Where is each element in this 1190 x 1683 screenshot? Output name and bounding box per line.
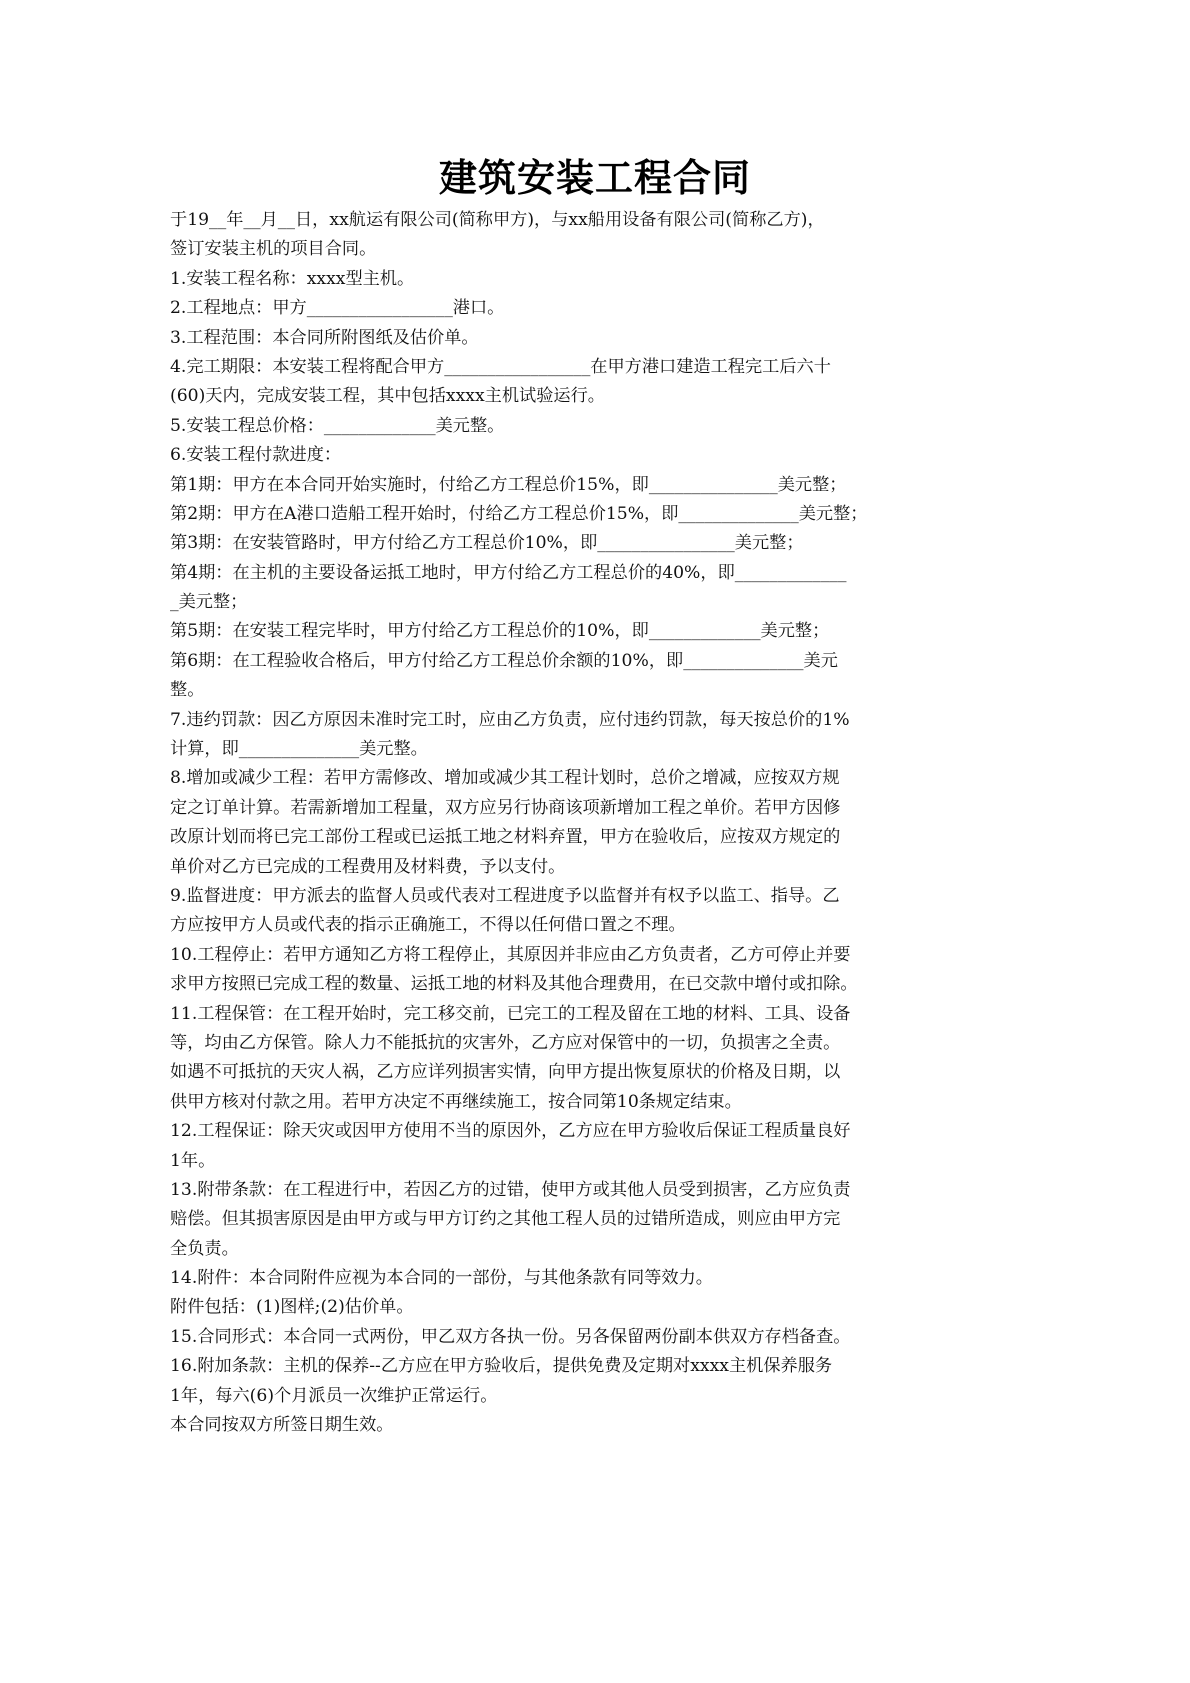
text-line: _美元整； — [170, 588, 1020, 617]
text-line: 等，均由乙方保管。除人力不能抵抗的灾害外，乙方应对保管中的一切，负损害之全责。 — [170, 1029, 1020, 1058]
text-line: 13.附带条款：在工程进行中，若因乙方的过错，使甲方或其他人员受到损害，乙方应负… — [170, 1176, 1020, 1205]
text-line: 第3期：在安装管路时，甲方付给乙方工程总价10%，即______________… — [170, 529, 1020, 558]
text-line: 6.安装工程付款进度： — [170, 441, 1020, 470]
text-line: 9.监督进度：甲方派去的监督人员或代表对工程进度予以监督并有权予以监工、指导。乙 — [170, 882, 1020, 911]
text-line: 如遇不可抵抗的天灾人祸，乙方应详列损害实情，向甲方提出恢复原状的价格及日期，以 — [170, 1058, 1020, 1087]
document-page: 建筑安装工程合同 于19__年__月__日，xx航运有限公司(简称甲方)，与xx… — [0, 0, 1190, 1683]
text-line: 改原计划而将已完工部份工程或已运抵工地之材料弃置，甲方在验收后，应按双方规定的 — [170, 823, 1020, 852]
text-line: 14.附件：本合同附件应视为本合同的一部份，与其他条款有同等效力。 — [170, 1264, 1020, 1293]
text-line: 整。 — [170, 676, 1020, 705]
text-line: 第5期：在安装工程完毕时，甲方付给乙方工程总价的10%，即___________… — [170, 617, 1020, 646]
document-body: 于19__年__月__日，xx航运有限公司(简称甲方)，与xx船用设备有限公司(… — [170, 206, 1020, 1440]
text-line: (60)天内，完成安装工程，其中包括xxxx主机试验运行。 — [170, 382, 1020, 411]
text-line: 单价对乙方已完成的工程费用及材料费，予以支付。 — [170, 853, 1020, 882]
text-line: 附件包括：(1)图样;(2)估价单。 — [170, 1293, 1020, 1322]
text-line: 签订安装主机的项目合同。 — [170, 235, 1020, 264]
text-line: 方应按甲方人员或代表的指示正确施工，不得以任何借口置之不理。 — [170, 911, 1020, 940]
text-line: 5.安装工程总价格：_____________美元整。 — [170, 412, 1020, 441]
text-line: 第2期：甲方在A港口造船工程开始时，付给乙方工程总价15%，即_________… — [170, 500, 1020, 529]
text-line: 16.附加条款：主机的保养--乙方应在甲方验收后，提供免费及定期对xxxx主机保… — [170, 1352, 1020, 1381]
text-line: 赔偿。但其损害原因是由甲方或与甲方订约之其他工程人员的过错所造成，则应由甲方完 — [170, 1205, 1020, 1234]
text-line: 第1期：甲方在本合同开始实施时，付给乙方工程总价15%，即___________… — [170, 471, 1020, 500]
text-line: 全负责。 — [170, 1235, 1020, 1264]
text-line: 本合同按双方所签日期生效。 — [170, 1411, 1020, 1440]
text-line: 第6期：在工程验收合格后，甲方付给乙方工程总价余额的10%，即_________… — [170, 647, 1020, 676]
text-line: 1年。 — [170, 1147, 1020, 1176]
text-line: 求甲方按照已完成工程的数量、运抵工地的材料及其他合理费用，在已交款中增付或扣除。 — [170, 970, 1020, 999]
text-line: 12.工程保证：除天灾或因甲方使用不当的原因外，乙方应在甲方验收后保证工程质量良… — [170, 1117, 1020, 1146]
text-line: 于19__年__月__日，xx航运有限公司(简称甲方)，与xx船用设备有限公司(… — [170, 206, 1020, 235]
text-line: 3.工程范围：本合同所附图纸及估价单。 — [170, 324, 1020, 353]
document-title: 建筑安装工程合同 — [0, 148, 1190, 208]
text-line: 7.违约罚款：因乙方原因未准时完工时，应由乙方负责，应付违约罚款，每天按总价的1… — [170, 706, 1020, 735]
text-line: 1.安装工程名称：xxxx型主机。 — [170, 265, 1020, 294]
text-line: 4.完工期限：本安装工程将配合甲方_________________在甲方港口建… — [170, 353, 1020, 382]
text-line: 15.合同形式：本合同一式两份，甲乙双方各执一份。另各保留两份副本供双方存档备查… — [170, 1323, 1020, 1352]
text-line: 供甲方核对付款之用。若甲方决定不再继续施工，按合同第10条规定结束。 — [170, 1088, 1020, 1117]
text-line: 计算，即______________美元整。 — [170, 735, 1020, 764]
text-line: 2.工程地点：甲方_________________港口。 — [170, 294, 1020, 323]
text-line: 11.工程保管：在工程开始时，完工移交前，已完工的工程及留在工地的材料、工具、设… — [170, 1000, 1020, 1029]
text-line: 定之订单计算。若需新增加工程量，双方应另行协商该项新增加工程之单价。若甲方因修 — [170, 794, 1020, 823]
text-line: 1年，每六(6)个月派员一次维护正常运行。 — [170, 1382, 1020, 1411]
text-line: 10.工程停止：若甲方通知乙方将工程停止，其原因并非应由乙方负责者，乙方可停止并… — [170, 941, 1020, 970]
text-line: 第4期：在主机的主要设备运抵工地时，甲方付给乙方工程总价的40%，即______… — [170, 559, 1020, 588]
text-line: 8.增加或减少工程：若甲方需修改、增加或减少其工程计划时，总价之增减，应按双方规 — [170, 764, 1020, 793]
